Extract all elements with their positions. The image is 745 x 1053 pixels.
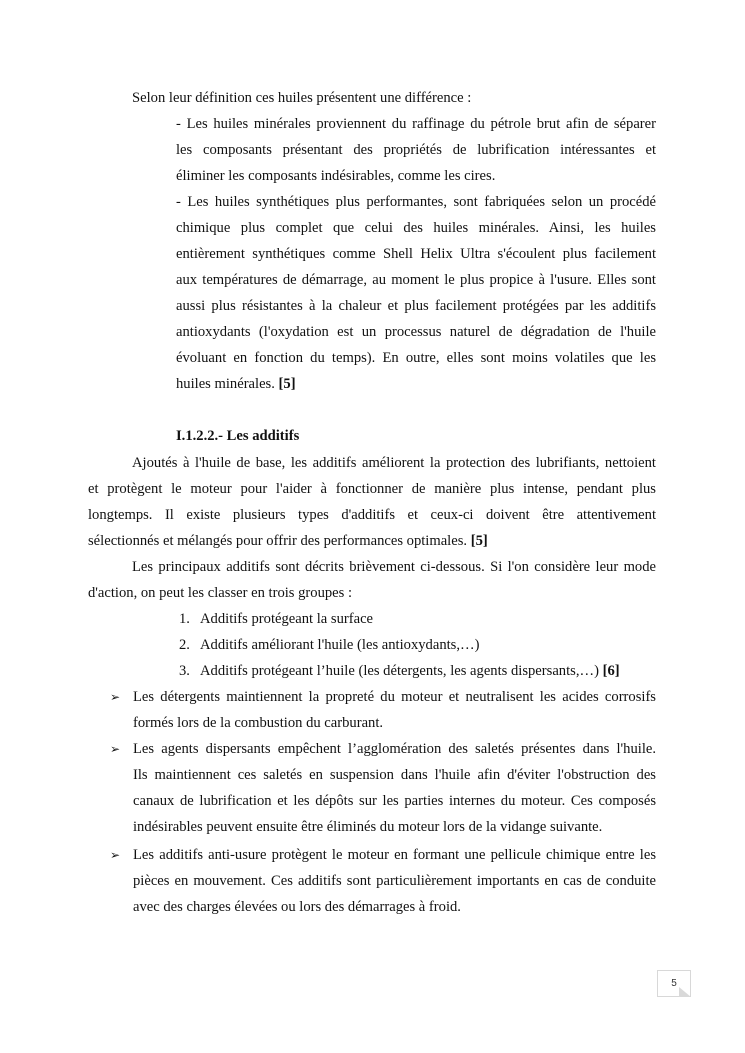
para1-text: sélectionnés et mélangés pour offrir des…	[88, 533, 467, 549]
document-page: Selon leur définition ces huiles présent…	[0, 0, 745, 1053]
bullet-line: pièces en mouvement. Ces additifs sont p…	[133, 872, 656, 890]
bullet-line: avec des charges élevées ou lors des dém…	[133, 898, 461, 916]
synthetic-line: antioxydants (l'oxydation est un process…	[176, 323, 656, 341]
synthetic-line: entièrement synthétiques comme Shell Hel…	[176, 245, 656, 263]
numbered-item: Additifs améliorant l'huile (les antioxy…	[200, 636, 479, 654]
bullet-line: Les additifs anti-usure protègent le mot…	[133, 846, 656, 864]
arrow-bullet-icon: ➢	[110, 846, 120, 864]
synthetic-line: chimique plus complet que celui des huil…	[176, 219, 656, 237]
page-curl-icon	[679, 987, 691, 997]
mineral-line: - Les huiles minérales proviennent du ra…	[176, 115, 656, 133]
bullet-line: formés lors de la combustion du carburan…	[133, 714, 383, 732]
para2-line: Les principaux additifs sont décrits bri…	[132, 558, 656, 576]
section-heading: I.1.2.2.- Les additifs	[176, 427, 299, 445]
synthetic-line: - Les huiles synthétiques plus performan…	[176, 193, 656, 211]
para1-line: et protègent le moteur pour l'aider à fo…	[88, 480, 656, 498]
arrow-bullet-icon: ➢	[110, 688, 120, 706]
bullet-line: Les détergents maintiennent la propreté …	[133, 688, 656, 706]
citation-5: [5]	[471, 533, 488, 549]
arrow-bullet-icon: ➢	[110, 740, 120, 758]
numbered-num: 1.	[179, 610, 190, 628]
numbered-item-3: Additifs protégeant l’huile (les déterge…	[200, 662, 620, 680]
bullet-line: indésirables peuvent ensuite être élimin…	[133, 818, 602, 836]
numbered-item-text: Additifs protégeant l’huile (les déterge…	[200, 663, 599, 679]
mineral-line: éliminer les composants indésirables, co…	[176, 167, 495, 185]
numbered-num: 2.	[179, 636, 190, 654]
para2-line: d'action, on peut les classer en trois g…	[88, 584, 352, 602]
synthetic-line: aux températures de démarrage, au moment…	[176, 271, 656, 289]
page-number: 5	[671, 978, 677, 989]
bullet-line: canaux de lubrification et les dépôts su…	[133, 792, 656, 810]
para1-line: longtemps. Il existe plusieurs types d'a…	[88, 506, 656, 524]
citation-6: [6]	[603, 663, 620, 679]
para1-last-line: sélectionnés et mélangés pour offrir des…	[88, 532, 488, 550]
bullet-line: Les agents dispersants empêchent l’agglo…	[133, 740, 656, 758]
page-number-box: 5	[657, 970, 691, 997]
synthetic-text: huiles minérales.	[176, 376, 275, 392]
numbered-num: 3.	[179, 662, 190, 680]
para1-line: Ajoutés à l'huile de base, les additifs …	[132, 454, 656, 472]
synthetic-line: évoluant en fonction du temps). En outre…	[176, 349, 656, 367]
mineral-line: les composants présentant des propriétés…	[176, 141, 656, 159]
synthetic-last-line: huiles minérales. [5]	[176, 375, 296, 393]
synthetic-line: aussi plus résistantes à la chaleur et p…	[176, 297, 656, 315]
intro-text: Selon leur définition ces huiles présent…	[132, 89, 471, 107]
numbered-item: Additifs protégeant la surface	[200, 610, 373, 628]
citation-5: [5]	[279, 376, 296, 392]
bullet-line: Ils maintiennent ces saletés en suspensi…	[133, 766, 656, 784]
